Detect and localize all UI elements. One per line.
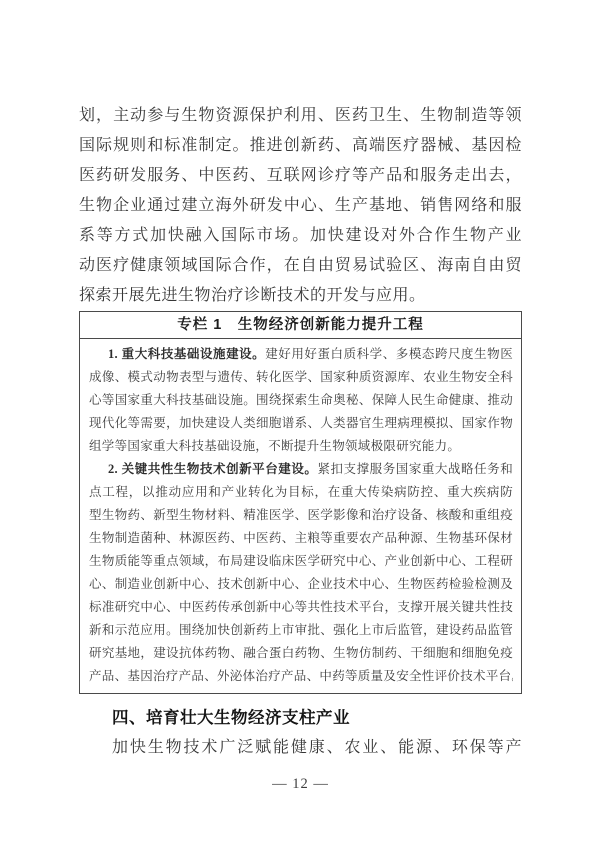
text-line: 心等国家重大科技基础设施。围绕探索生命奥秘、保障人民生命健康、推动农业 [89,389,513,412]
page-number: — 12 — [79,776,522,793]
paragraph-international-cooperation: 划，主动参与生物资源保护利用、医药卫生、生物制造等领域的 国际规则和标准制定。推… [79,101,522,311]
column-box-title: 专栏 1 生物经济创新能力提升工程 [80,312,521,339]
text-line: 探索开展先进生物治疗诊断技术的开发与应用。 [79,281,522,311]
text-line: 组学等国家重大科技基础设施，不断提升生物领域极限研究能力。 [89,435,513,458]
text-line: 系等方式加快融入国际市场。加快建设对外合作生物产业园。推 [79,221,522,251]
text-line: 心、制造业创新中心、技术创新中心、企业技术中心、生物医药检验检测及技术 [89,573,513,596]
text-line: 生物企业通过建立海外研发中心、生产基地、销售网络和服务体 [79,191,522,221]
document-page: 划，主动参与生物资源保护利用、医药卫生、生物制造等领域的 国际规则和标准制定。推… [0,0,600,849]
text-line: 新和示范应用。围绕加快创新药上市审批、强化上市后监管，建设药品监管科学 [89,619,513,642]
text-line: 国际规则和标准制定。推进创新药、高端医疗器械、基因检测、 [79,131,522,161]
column-box-content: 1. 重大科技基础设施建设。建好用好蛋白质科学、多模态跨尺度生物医学 成像、模式… [80,339,521,693]
text-line: 生物质能等重点领域，布局建设临床医学研究中心、产业创新中心、工程研究中 [89,550,513,573]
text-line: 生物制造菌种、林源医药、中医药、主粮等重要农产品种源、生物基环保材料、 [89,527,513,550]
text-line: 现代化等需要，加快建设人类细胞谱系、人类器官生理病理模拟、国家作物表型 [89,412,513,435]
text-line: 标准研究中心、中医药传承创新中心等共性技术平台，支撑开展关键共性技术创 [89,596,513,619]
text-line: 动医疗健康领域国际合作，在自由贸易试验区、海南自由贸易港 [79,251,522,281]
box-item-1-first-line: 1. 重大科技基础设施建设。建好用好蛋白质科学、多模态跨尺度生物医学 [89,343,513,366]
box-item-2-first-line: 2. 关键共性生物技术创新平台建设。紧扣支撑服务国家重大战略任务和重 [89,458,513,481]
item-2-lead-bold: 2. 关键共性生物技术创新平台建设。 [108,462,317,476]
text-line: 产品、基因治疗产品、外泌体治疗产品、中药等质量及安全性评价技术平台。 [89,665,513,688]
text-line: 点工程，以推动应用和产业转化为目标，在重大传染病防控、重大疾病防治、新 [89,481,513,504]
text-line: 型生物药、新型生物材料、精准医学、医学影像和治疗设备、核酸和重组疫苗、 [89,504,513,527]
paragraph-pillar-industries: 加快生物技术广泛赋能健康、农业、能源、环保等产业，促 [79,733,522,763]
text-line: 划，主动参与生物资源保护利用、医药卫生、生物制造等领域的 [79,101,522,131]
item-1-lead-bold: 1. 重大科技基础设施建设。 [108,347,265,361]
column-1-box: 专栏 1 生物经济创新能力提升工程 1. 重大科技基础设施建设。建好用好蛋白质科… [79,311,522,694]
text-line: 成像、模式动物表型与遗传、转化医学、国家种质资源库、农业生物安全科学中 [89,366,513,389]
section-heading: 四、培育壮大生物经济支柱产业 [112,707,522,729]
text-line: 医药研发服务、中医药、互联网诊疗等产品和服务走出去，鼓励 [79,161,522,191]
text-line: 研究基地，建设抗体药物、融合蛋白药物、生物仿制药、干细胞和细胞免疫治疗 [89,642,513,665]
